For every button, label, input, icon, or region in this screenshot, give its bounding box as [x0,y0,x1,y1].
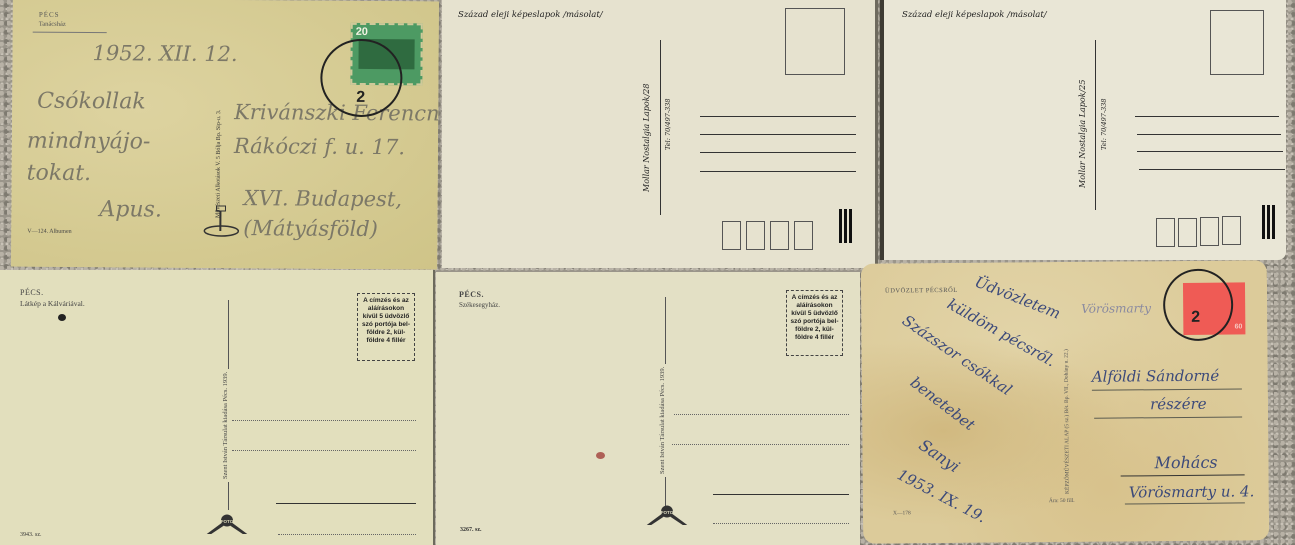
address-rule-4 [1125,502,1245,504]
notice-line: aláírásokon [789,302,840,310]
card-subheading: Székesegyház. [459,301,500,309]
postcard-replica-28: Század eleji képeslapok /másolat/ Mollar… [442,0,878,268]
notice-line: kívül 5 üdvözlő [360,313,412,321]
postcard-replica-25: Század eleji képeslapok /másolat/ Mollar… [880,0,1286,260]
postcode-box-1 [1156,218,1175,247]
postcode-box-4 [1222,216,1241,245]
postcard-pecs-latkep: PÉCS. Látkép a Kálváriával. Szent István… [0,270,435,545]
card-heading: PÉCS. [20,288,44,297]
address-line-3 [1137,151,1283,152]
stamp-value: 20 [356,26,368,38]
header-script: Század eleji képeslapok /másolat/ [458,10,603,20]
address-line-1 [1135,116,1279,117]
publisher-text: Mollar Nostalgia Lapok/28 [642,84,651,192]
barcode-bars-icon [839,209,854,248]
address-line-2: Rákóczi f. u. 17. [234,134,405,159]
address-line-4: (Mátyásföld) [243,216,378,241]
card-code: X—178 [893,510,911,516]
svg-text:FOTO: FOTO [661,510,674,515]
ink-spot [58,314,66,321]
card-heading: PÉCS [39,11,60,19]
address-line-4 [278,534,416,535]
address-rule-2 [1094,416,1242,418]
address-line-2 [1137,134,1281,135]
postmark: 2 [1163,269,1234,342]
stamp-placeholder-box [1210,10,1264,75]
price-text: Ára: 50 fill. [1049,498,1075,504]
stamp-notice-box: A címzés és az aláírásokon kívül 5 üdvöz… [357,293,415,361]
foto-weinstock-logo-icon: FOTO [198,513,256,537]
publisher-text: Szent István Társulat kiadása Pécs. 1939… [222,369,229,482]
address-line-4 [700,171,856,172]
handwritten-line-4: benetebet [907,373,979,434]
telephone-text: Tel: 70/497-338 [1100,99,1108,150]
handwritten-date: 1953. IX. 19. [894,465,989,526]
postmark: 2 [320,39,403,118]
postcode-box-4 [794,221,813,250]
header-script: Század eleji képeslapok /másolat/ [902,10,1047,20]
card-code: 3943. sz. [20,532,42,538]
handwritten-line-3: tokat. [27,161,92,186]
address-line-1: Alföldi Sándorné [1092,367,1220,386]
publisher-text: KÉPZŐMŰVÉSZETI ALAP (5 sz.) Bét. Bp. VII… [1064,349,1071,494]
postmark-number: 2 [1191,309,1200,327]
address-line-3: XVI. Budapest, [243,186,402,211]
heading-underline [33,32,107,34]
divider-line [1095,40,1096,210]
postcode-box-2 [746,221,765,250]
address-line-2: részére [1150,395,1207,413]
postcode-box-3 [770,221,789,250]
handwritten-line-1: Csókollak [37,89,146,115]
address-line-4: Vörösmarty u. 4. [1129,482,1255,501]
foto-weinstock-logo-icon: FOTO [638,504,696,528]
card-code: V—124. Albumen [27,229,71,235]
stamp-placeholder-box [785,8,845,75]
address-line-2 [672,444,849,445]
pencil-note: Vörösmarty [1081,301,1151,316]
notice-line: szó portója bel- [789,318,840,326]
notice-line: kívül 5 üdvözlő [789,310,840,318]
address-line-3: Mohács [1154,453,1217,473]
stamp-notice-box: A címzés és az aláírásokon kívül 5 üdvöz… [786,290,843,356]
address-line-4 [713,523,849,524]
notice-line: földre 4 fillér [789,334,840,342]
telephone-text: Tel: 70/497-338 [664,99,672,150]
address-line-3 [713,494,849,495]
address-line-2 [700,134,856,135]
card-code: 3267. sz. [460,527,482,533]
card-subheading: Tanácsház [39,21,66,28]
card-heading: PÉCS. [459,290,484,299]
address-line-1 [674,414,849,415]
handwritten-date: 1952. XII. 12. [92,41,237,66]
notice-line: földre 2, kül- [360,329,412,337]
handwritten-line-2: mindnyájo- [27,129,151,155]
notice-line: aláírásokon [360,305,412,313]
postcard-pecs-tanacshaz: PÉCS Tanácsház 1952. XII. 12. Csókollak … [11,0,439,269]
lamp-logo-icon [201,200,241,238]
svg-text:FOTO: FOTO [221,519,234,524]
postcard-pecs-szekesegyhaz: PÉCS. Székesegyház. Szent István Társula… [436,272,860,545]
notice-line: A címzés és az [360,297,412,305]
address-line-3 [700,152,856,153]
address-line-2 [232,450,416,451]
publisher-text: Szent István Társulat kiadása Pécs. 1939… [659,364,666,477]
card-subheading: Látkép a Kálváriával. [20,299,85,308]
postcode-box-1 [722,221,741,250]
divider-line [660,40,661,215]
notice-line: földre 4 fillér [360,337,412,345]
address-rule-1 [1092,388,1242,390]
handwritten-signature: Apus. [99,197,162,222]
address-line-4 [1139,169,1285,170]
postmark-number: 2 [356,89,365,107]
handwritten-signature: Sanyi [916,435,964,476]
notice-line: A címzés és az [789,294,840,302]
notice-line: szó portója bel- [360,321,412,329]
address-rule-3 [1121,474,1245,476]
publisher-text: Mollar Nostalgia Lapok/25 [1078,80,1087,188]
card-heading: ÜDVÖZLET PÉCSRŐL [885,287,958,295]
address-line-1 [232,420,416,421]
postcode-box-3 [1200,217,1219,246]
address-line-3 [276,503,416,504]
address-line-1 [700,116,856,117]
barcode-bars-icon [1262,205,1277,244]
postcard-udvozlet-pecsrol: ÜDVÖZLET PÉCSRŐL Üdvözletem küldöm pécsr… [861,260,1269,544]
stamp-value: 60 [1235,323,1243,330]
postcode-box-2 [1178,218,1197,247]
stain-spot [596,452,605,459]
notice-line: földre 2, kül- [789,326,840,334]
